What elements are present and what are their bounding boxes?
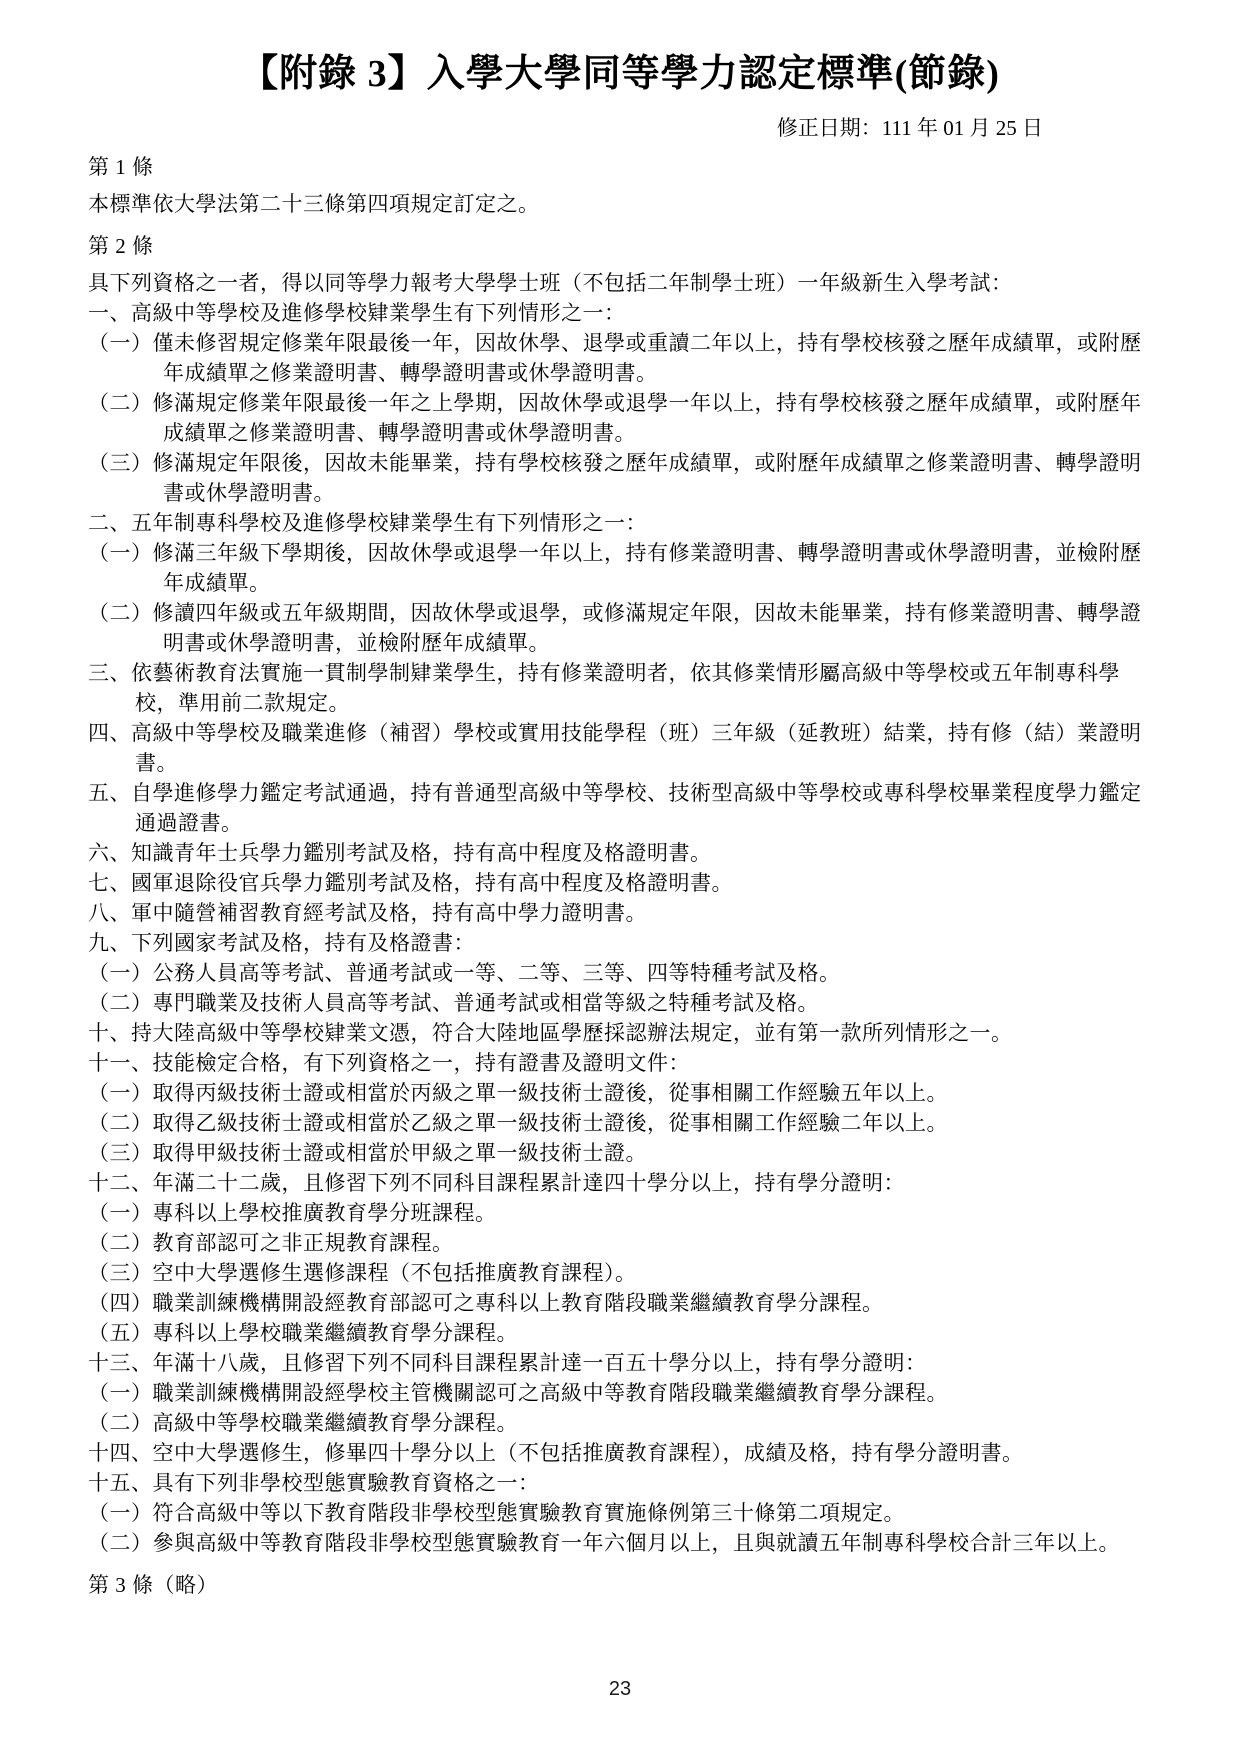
document-title: 【附錄 3】入學大學同等學力認定標準(節錄) (0, 0, 1240, 98)
list-item-level2: （五）專科以上學校職業繼續教育學分課程。 (88, 1318, 1162, 1348)
list-item-level2: （三）取得甲級技術士證或相當於甲級之單一級技術士證。 (88, 1138, 1162, 1168)
list-item-level2: （二）取得乙級技術士證或相當於乙級之單一級技術士證後，從事相關工作經驗二年以上。 (88, 1108, 1162, 1138)
list-item-level2: （二）參與高級中等教育階段非學校型態實驗教育一年六個月以上，且與就讀五年制專科學… (88, 1528, 1162, 1558)
list-item-level1: 十四、空中大學選修生，修畢四十學分以上（不包括推廣教育課程），成績及格，持有學分… (88, 1438, 1162, 1468)
article-heading: 第 3 條（略） (88, 1570, 1162, 1600)
revision-date: 修正日期：111 年 01 月 25 日 (0, 116, 1240, 140)
list-item-level2: （二）修滿規定修業年限最後一年之上學期，因故休學或退學一年以上，持有學校核發之歷… (88, 388, 1162, 448)
list-item-level2: （一）取得丙級技術士證或相當於丙級之單一級技術士證後，從事相關工作經驗五年以上。 (88, 1078, 1162, 1108)
document-body: 第 1 條本標準依大學法第二十三條第四項規定訂定之。第 2 條具下列資格之一者，… (88, 152, 1162, 1600)
list-item-level2: （二）教育部認可之非正規教育課程。 (88, 1228, 1162, 1258)
list-item-level2: （二）修讀四年級或五年級期間，因故休學或退學，或修滿規定年限，因故未能畢業，持有… (88, 598, 1162, 658)
paragraph: 具下列資格之一者，得以同等學力報考大學學士班（不包括二年制學士班）一年級新生入學… (88, 268, 1162, 298)
document-page: 【附錄 3】入學大學同等學力認定標準(節錄) 修正日期：111 年 01 月 2… (0, 0, 1240, 1753)
list-item-level1: 六、知識青年士兵學力鑑別考試及格，持有高中程度及格證明書。 (88, 838, 1162, 868)
list-item-level2: （四）職業訓練機構開設經教育部認可之專科以上教育階段職業繼續教育學分課程。 (88, 1288, 1162, 1318)
list-item-level2: （一）專科以上學校推廣教育學分班課程。 (88, 1198, 1162, 1228)
page-number: 23 (0, 1678, 1240, 1701)
list-item-level2: （二）專門職業及技術人員高等考試、普通考試或相當等級之特種考試及格。 (88, 988, 1162, 1018)
list-item-level2: （三）修滿規定年限後，因故未能畢業，持有學校核發之歷年成績單，或附歷年成績單之修… (88, 448, 1162, 508)
list-item-level2: （一）符合高級中等以下教育階段非學校型態實驗教育實施條例第三十條第二項規定。 (88, 1498, 1162, 1528)
article-heading: 第 2 條 (88, 231, 1162, 261)
list-item-level1: 八、軍中隨營補習教育經考試及格，持有高中學力證明書。 (88, 898, 1162, 928)
list-item-level2: （一）僅未修習規定修業年限最後一年，因故休學、退學或重讀二年以上，持有學校核發之… (88, 328, 1162, 388)
article-heading: 第 1 條 (88, 152, 1162, 182)
list-item-level1: 三、依藝術教育法實施一貫制學制肄業學生，持有修業證明者，依其修業情形屬高級中等學… (88, 658, 1162, 718)
list-item-level1: 九、下列國家考試及格，持有及格證書： (88, 928, 1162, 958)
list-item-level1: 十二、年滿二十二歲，且修習下列不同科目課程累計達四十學分以上，持有學分證明： (88, 1168, 1162, 1198)
list-item-level1: 五、自學進修學力鑑定考試通過，持有普通型高級中等學校、技術型高級中等學校或專科學… (88, 778, 1162, 838)
list-item-level1: 二、五年制專科學校及進修學校肄業學生有下列情形之一： (88, 508, 1162, 538)
list-item-level2: （一）修滿三年級下學期後，因故休學或退學一年以上，持有修業證明書、轉學證明書或休… (88, 538, 1162, 598)
list-item-level1: 十三、年滿十八歲，且修習下列不同科目課程累計達一百五十學分以上，持有學分證明： (88, 1348, 1162, 1378)
list-item-level2: （一）公務人員高等考試、普通考試或一等、二等、三等、四等特種考試及格。 (88, 958, 1162, 988)
list-item-level2: （二）高級中等學校職業繼續教育學分課程。 (88, 1408, 1162, 1438)
list-item-level1: 一、高級中等學校及進修學校肄業學生有下列情形之一： (88, 298, 1162, 328)
list-item-level2: （三）空中大學選修生選修課程（不包括推廣教育課程）。 (88, 1258, 1162, 1288)
list-item-level1: 十、持大陸高級中等學校肄業文憑，符合大陸地區學歷採認辦法規定，並有第一款所列情形… (88, 1018, 1162, 1048)
list-item-level1: 十一、技能檢定合格，有下列資格之一，持有證書及證明文件： (88, 1048, 1162, 1078)
list-item-level1: 四、高級中等學校及職業進修（補習）學校或實用技能學程（班）三年級（延教班）結業，… (88, 718, 1162, 778)
list-item-level1: 十五、具有下列非學校型態實驗教育資格之一： (88, 1468, 1162, 1498)
list-item-level1: 七、國軍退除役官兵學力鑑別考試及格，持有高中程度及格證明書。 (88, 868, 1162, 898)
paragraph: 本標準依大學法第二十三條第四項規定訂定之。 (88, 189, 1162, 219)
list-item-level2: （一）職業訓練機構開設經學校主管機關認可之高級中等教育階段職業繼續教育學分課程。 (88, 1378, 1162, 1408)
